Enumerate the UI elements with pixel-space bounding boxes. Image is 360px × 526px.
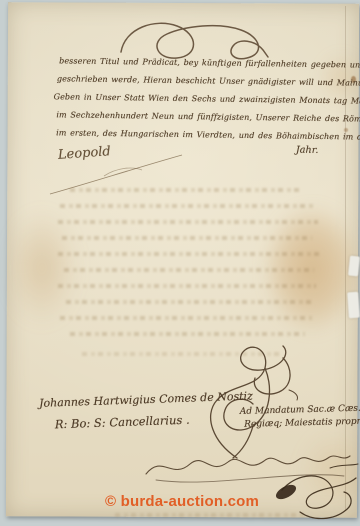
mount-hinge-bottom [347,292,360,319]
mount-hinge-top [348,256,360,277]
ink-blot [274,482,299,502]
opening-flourish [115,12,273,62]
registrar-signature-flourish [270,460,360,524]
watermark: © burda-auction.com [105,493,259,510]
dateline-year-word: Jahr. [296,145,319,156]
auction-photo-canvas: besseren Titul und Prädicat, bey künftig… [0,0,360,526]
